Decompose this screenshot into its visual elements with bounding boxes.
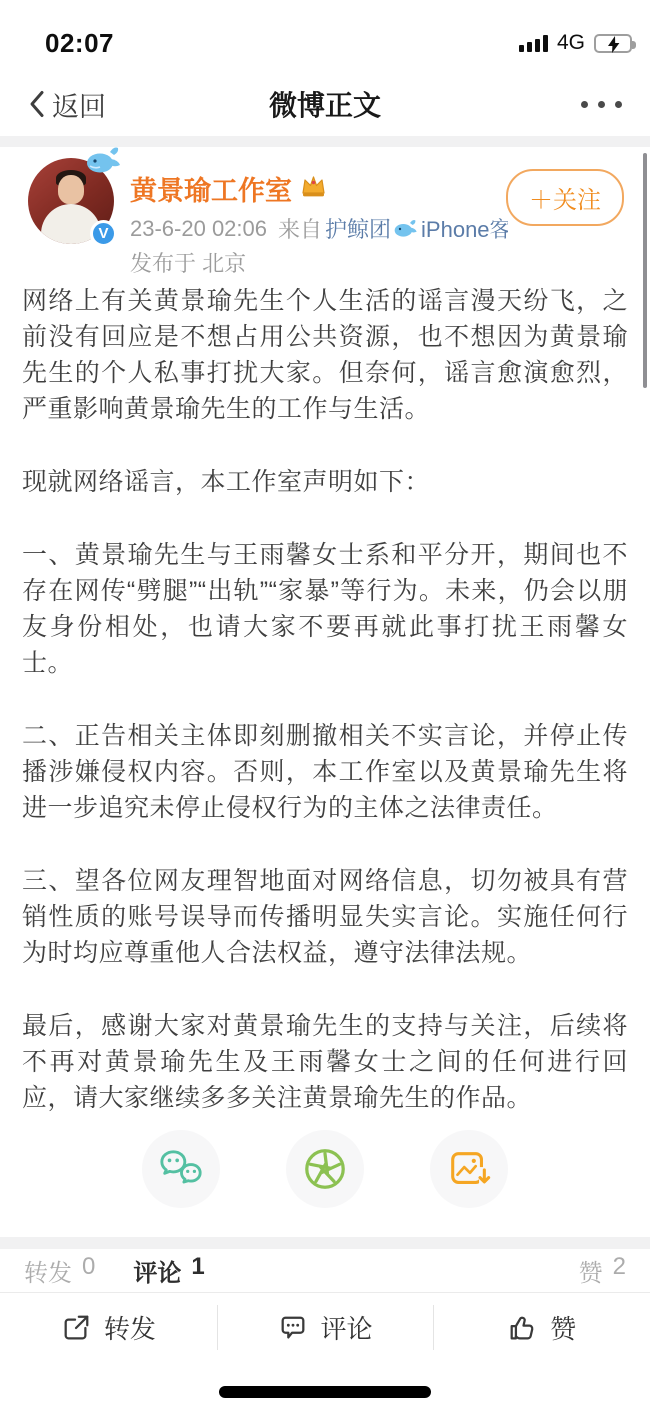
battery-charging-icon — [594, 34, 632, 53]
post-meta-line: 23-6-20 02:06 来自 护鲸团 iPhone客户... — [130, 213, 508, 244]
post-location: 发布于 北京 — [130, 247, 246, 278]
whale-emoji-icon — [394, 219, 418, 239]
page-title: 微博正文 — [269, 84, 381, 124]
paragraph: 最后，感谢大家对黄景瑜先生的支持与关注，后续将不再对黄景瑜先生及王雨馨女士之间的… — [22, 1008, 628, 1116]
comment-button[interactable]: 评论 — [217, 1293, 434, 1362]
tab-likes[interactable]: 赞 2 — [579, 1253, 626, 1288]
back-label: 返回 — [52, 85, 106, 124]
tab-comments[interactable]: 评论 1 — [133, 1253, 204, 1288]
post-header: V 黄景瑜工作室 23-6-20 02:06 来自 护鲸团 — [0, 147, 650, 283]
paragraph: 一、黄景瑜先生与王雨馨女士系和平分开，期间也不存在网传“劈腿”“出轨”“家暴”等… — [22, 537, 628, 681]
post-body: 网络上有关黄景瑜先生个人生活的谣言漫天纷飞，之前没有回应是不想占用公共资源，也不… — [22, 283, 628, 1116]
stats-row: 转发 0 评论 1 赞 2 — [0, 1249, 650, 1292]
follow-button[interactable]: ＋关注 — [506, 169, 624, 226]
repost-stat-count: 0 — [82, 1253, 95, 1288]
share-wechat-button[interactable] — [142, 1130, 220, 1208]
comment-button-label: 评论 — [321, 1309, 373, 1346]
comment-stat-count: 1 — [191, 1253, 204, 1288]
repost-icon — [61, 1313, 91, 1343]
charging-bolt-icon — [606, 36, 622, 58]
nav-bar: 返回 微博正文 — [0, 72, 650, 136]
source-link-text[interactable]: 护鲸团 — [325, 213, 391, 244]
network-type-label: 4G — [557, 31, 585, 55]
share-row — [0, 1130, 650, 1208]
wechat-icon — [158, 1146, 204, 1192]
author-name[interactable]: 黄景瑜工作室 — [130, 169, 292, 208]
save-image-icon — [446, 1146, 492, 1192]
paragraph: 现就网络谣言，本工作室声明如下： — [22, 464, 628, 500]
clock-time: 02:07 — [45, 28, 114, 59]
status-bar: 02:07 4G — [0, 0, 650, 72]
paragraph: 网络上有关黄景瑜先生个人生活的谣言漫天纷飞，之前没有回应是不想占用公共资源，也不… — [22, 283, 628, 427]
source-prefix: 来自 — [278, 213, 322, 244]
avatar-face — [58, 175, 84, 204]
status-bar-right: 4G — [519, 31, 632, 55]
like-button-label: 赞 — [550, 1309, 576, 1346]
share-moments-button[interactable] — [286, 1130, 364, 1208]
tab-reposts[interactable]: 转发 0 — [24, 1253, 95, 1288]
like-stat-label: 赞 — [579, 1253, 603, 1288]
battery-nub — [632, 41, 636, 49]
save-image-button[interactable] — [430, 1130, 508, 1208]
chevron-left-icon — [28, 90, 45, 118]
like-button[interactable]: 赞 — [433, 1293, 650, 1362]
repost-button[interactable]: 转发 — [0, 1293, 217, 1362]
verified-badge-icon: V — [90, 220, 117, 247]
author-avatar[interactable]: V — [28, 158, 114, 244]
scrollbar-thumb[interactable] — [643, 153, 647, 388]
signal-strength-icon — [519, 35, 548, 52]
crown-emoji-icon — [300, 174, 327, 204]
source-link-suffix[interactable]: iPhone客户... — [421, 213, 508, 244]
comment-icon — [278, 1313, 308, 1343]
like-stat-count: 2 — [613, 1253, 626, 1288]
home-indicator[interactable] — [219, 1386, 431, 1398]
comment-stat-label: 评论 — [133, 1253, 181, 1288]
back-button[interactable]: 返回 — [28, 85, 106, 124]
repost-stat-label: 转发 — [24, 1253, 72, 1288]
repost-button-label: 转发 — [104, 1309, 156, 1346]
bottom-toolbar: 转发 评论 赞 — [0, 1292, 650, 1362]
whale-sticker-icon — [86, 146, 122, 181]
separator-band — [0, 1237, 650, 1249]
paragraph: 二、正告相关主体即刻删撤相关不实言论，并停止传播涉嫌侵权内容。否则，本工作室以及… — [22, 718, 628, 826]
post-time: 23-6-20 02:06 — [130, 216, 267, 242]
author-line: 黄景瑜工作室 — [130, 169, 327, 208]
paragraph: 三、望各位网友理智地面对网络信息，切勿被具有营销性质的账号误导而传播明显失实言论… — [22, 863, 628, 971]
weibo-post-screen: 02:07 4G 返回 微博正文 — [0, 0, 650, 1407]
moments-aperture-icon — [302, 1146, 348, 1192]
more-options-button[interactable] — [581, 95, 622, 114]
thumbs-up-icon — [507, 1313, 537, 1343]
